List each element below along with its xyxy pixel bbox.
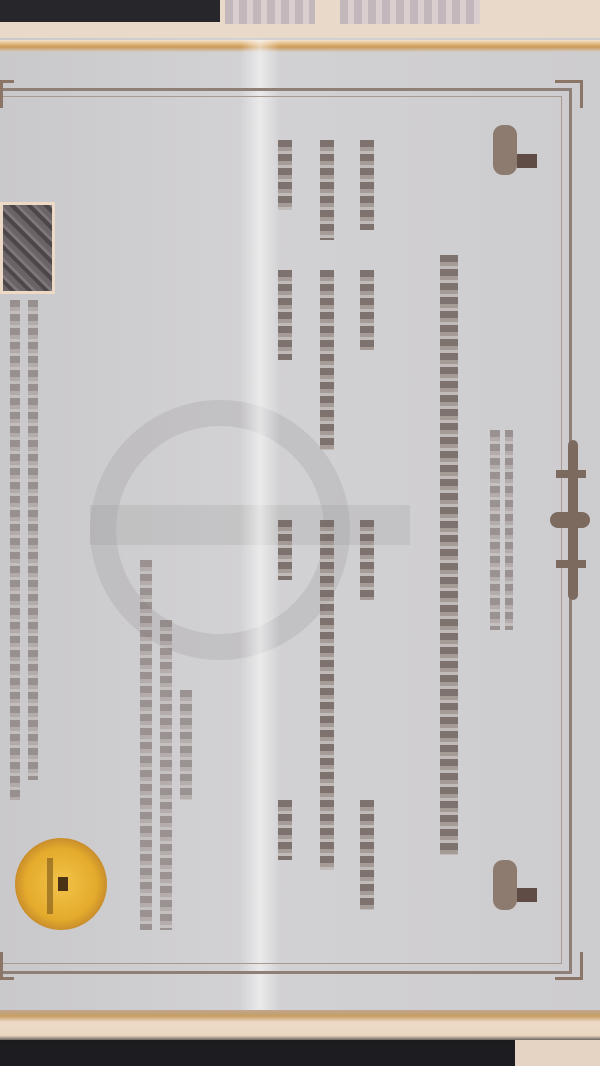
center-ornament-icon bbox=[556, 560, 586, 568]
field-label bbox=[320, 140, 334, 240]
dark-background-bottom bbox=[0, 1045, 515, 1066]
footer-note bbox=[10, 300, 20, 800]
dark-background-top bbox=[0, 0, 220, 22]
field-label bbox=[360, 140, 374, 230]
gold-seal-icon bbox=[47, 858, 53, 914]
issuer-line bbox=[505, 430, 513, 630]
field-value bbox=[278, 270, 292, 360]
corner-ornament-icon bbox=[555, 80, 583, 108]
center-ornament-icon bbox=[556, 470, 586, 478]
field-value bbox=[360, 270, 374, 350]
field-value bbox=[360, 520, 374, 600]
corner-ornament-icon bbox=[555, 952, 583, 980]
emblem-icon bbox=[493, 860, 517, 910]
gold-seal-icon bbox=[58, 877, 68, 891]
field-value bbox=[320, 270, 334, 450]
obscured-text-top bbox=[225, 0, 315, 24]
field-value bbox=[278, 520, 292, 580]
background-surface-bottom bbox=[515, 1040, 600, 1066]
qr-code-icon bbox=[0, 202, 55, 294]
issuer-line bbox=[490, 430, 500, 630]
gold-border-top bbox=[0, 40, 600, 52]
signature-line bbox=[160, 620, 172, 930]
emblem-icon bbox=[517, 888, 537, 902]
field-label bbox=[278, 140, 292, 210]
center-ornament-icon bbox=[550, 512, 590, 528]
field-value bbox=[278, 800, 292, 860]
emblem-icon bbox=[517, 154, 537, 168]
corner-ornament-icon bbox=[0, 80, 14, 108]
signature-line bbox=[140, 560, 152, 930]
gold-border-bottom bbox=[0, 1010, 600, 1040]
corner-ornament-icon bbox=[0, 952, 14, 980]
field-value bbox=[320, 520, 334, 870]
certificate-title bbox=[440, 255, 458, 855]
obscured-text-top bbox=[340, 0, 480, 24]
field-value bbox=[360, 800, 374, 910]
footer-note bbox=[28, 300, 38, 780]
emblem-icon bbox=[493, 125, 517, 175]
signature-line bbox=[180, 690, 192, 800]
